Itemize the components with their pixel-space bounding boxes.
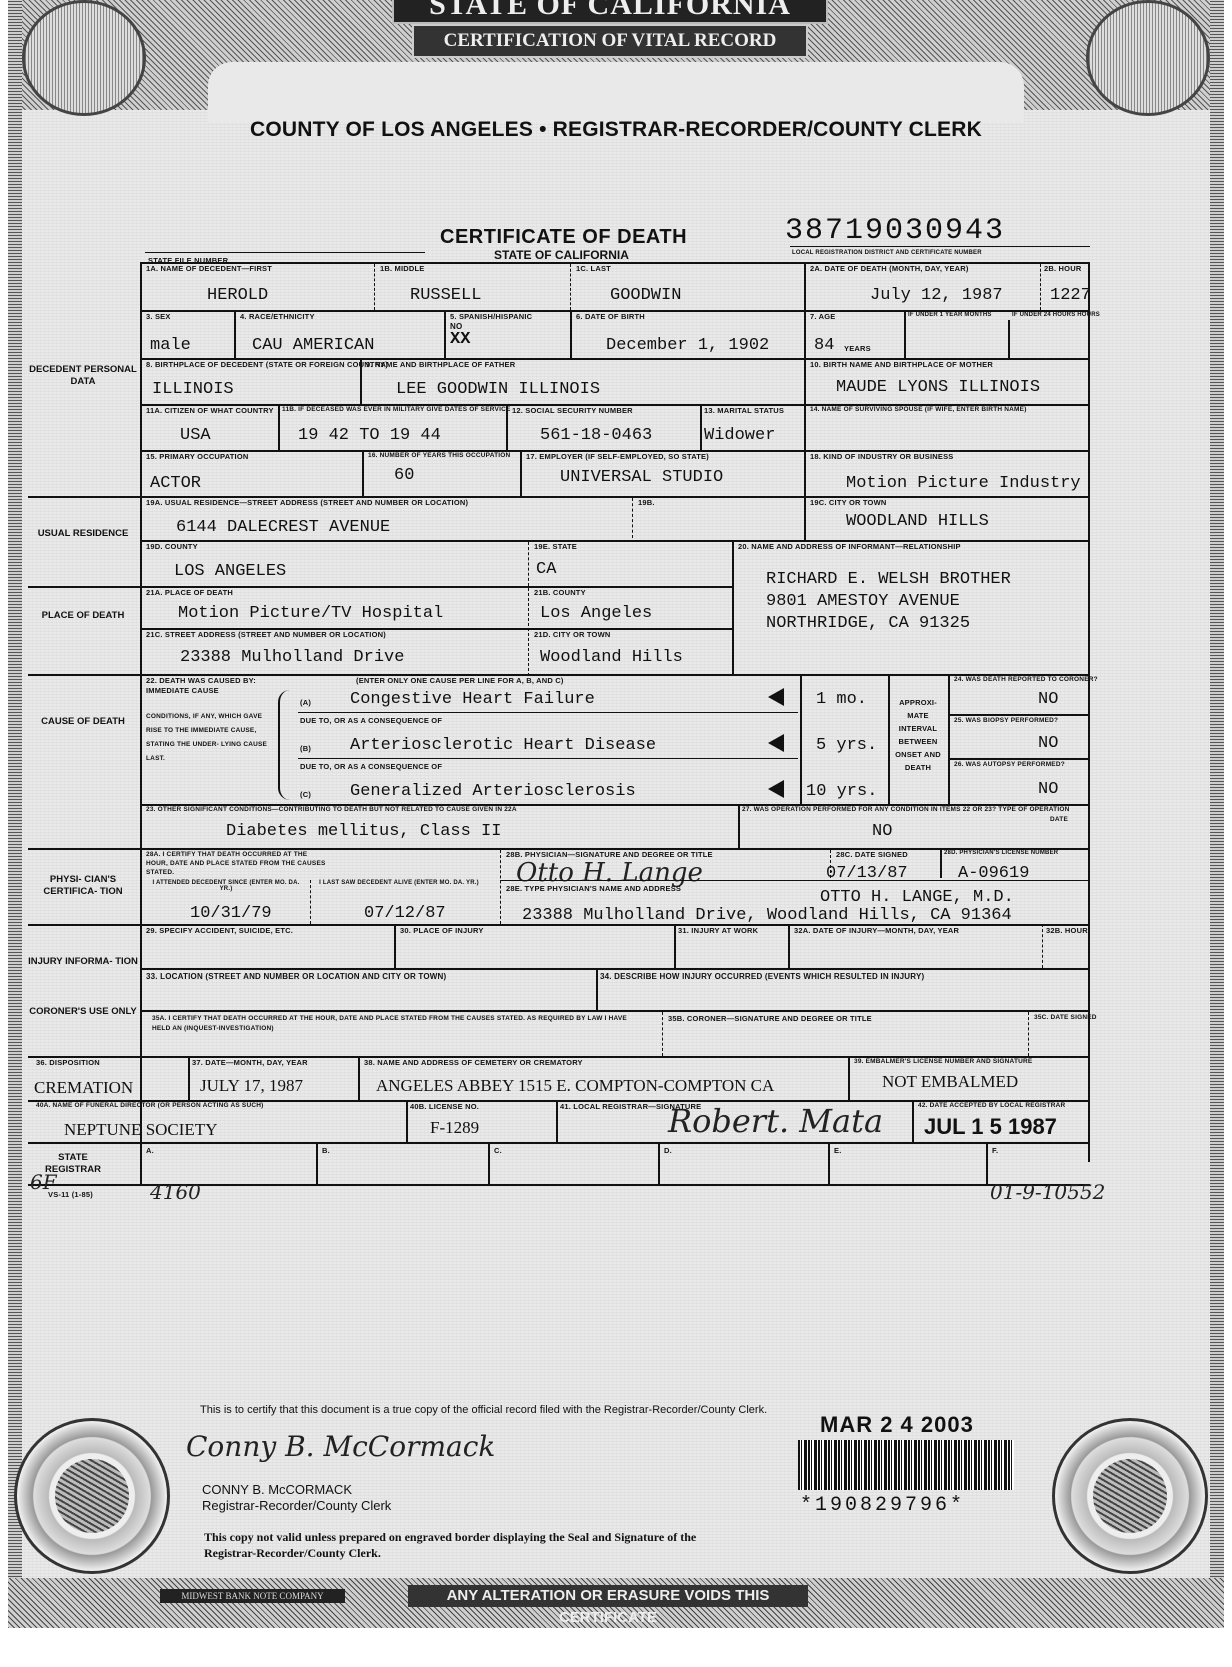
informant-street-value: 9801 AMESTOY AVENUE	[766, 592, 960, 611]
rule-line	[520, 450, 522, 496]
interval-a-value: 1 mo.	[816, 690, 867, 709]
rule-line	[28, 586, 732, 588]
field-label: 36. DISPOSITION	[36, 1058, 100, 1067]
field-label: 40A. NAME OF FUNERAL DIRECTOR (OR PERSON…	[36, 1102, 264, 1109]
engraved-border-left	[8, 0, 22, 1628]
clerk-name: CONNY B. McCORMACK	[202, 1482, 352, 1497]
death-city-value: Woodland Hills	[540, 648, 683, 667]
field-label: 19A. USUAL RESIDENCE—STREET ADDRESS (STR…	[146, 498, 468, 507]
field-label: 40B. LICENSE NO.	[410, 1102, 479, 1111]
field-label: 39. EMBALMER'S LICENSE NUMBER AND SIGNAT…	[854, 1058, 1032, 1065]
field-label: 32B. HOUR	[1046, 926, 1088, 935]
field-label: 34. DESCRIBE HOW INJURY OCCURRED (EVENTS…	[600, 972, 924, 981]
certification-statement: This is to certify that this document is…	[200, 1404, 767, 1416]
handwritten-form-note: 4160	[150, 1180, 201, 1204]
race-value: CAU AMERICAN	[252, 336, 374, 355]
field-label: 20. NAME AND ADDRESS OF INFORMANT—RELATI…	[738, 542, 961, 551]
other-conditions-value: Diabetes mellitus, Class II	[226, 822, 501, 841]
arrow-left-icon	[768, 734, 784, 752]
rule-line	[1008, 320, 1010, 358]
years-occupation-value: 60	[394, 466, 414, 485]
field-label: 17. EMPLOYER (IF SELF-EMPLOYED, SO STATE…	[526, 452, 709, 461]
rule-line	[140, 968, 1090, 970]
field-label: 42. DATE ACCEPTED BY LOCAL REGISTRAR	[918, 1102, 1065, 1109]
date-of-death: July 12, 1987	[870, 286, 1003, 305]
field-label: D.	[664, 1146, 672, 1155]
rule-line	[804, 450, 806, 496]
field-label: 11A. CITIZEN OF WHAT COUNTRY	[146, 406, 274, 415]
field-label: 8. BIRTHPLACE OF DECEDENT (STATE OR FORE…	[146, 360, 388, 369]
rule-line	[700, 404, 702, 450]
corner-ornament-right-icon	[1086, 0, 1210, 116]
rule-line	[804, 404, 806, 450]
field-label: 11B. IF DECEASED WAS EVER IN MILITARY GI…	[282, 406, 511, 413]
rule-line	[506, 404, 508, 450]
field-label: DATE	[1050, 816, 1068, 823]
rule-line	[788, 924, 790, 968]
rule-line	[488, 1142, 490, 1184]
rule-line	[986, 1142, 988, 1184]
birthplace-value: ILLINOIS	[152, 380, 234, 399]
interval-b-value: 5 yrs.	[816, 736, 877, 755]
residence-city-value: WOODLAND HILLS	[846, 512, 989, 531]
death-county-value: Los Angeles	[540, 604, 652, 623]
alteration-warning: ANY ALTERATION OR ERASURE VOIDS THIS CER…	[408, 1585, 808, 1607]
rule-line	[732, 540, 734, 676]
cause-b-value: Arteriosclerotic Heart Disease	[350, 736, 656, 755]
barcode-icon	[798, 1440, 1014, 1490]
arrow-left-icon	[768, 780, 784, 798]
local-registrar-signature: Robert. Mata	[668, 1102, 883, 1140]
field-label: 32A. DATE OF INJURY—MONTH, DAY, YEAR	[794, 926, 959, 935]
mother-value: MAUDE LYONS ILLINOIS	[836, 378, 1040, 397]
clerk-title: Registrar-Recorder/County Clerk	[202, 1498, 391, 1513]
field-label: 19E. STATE	[534, 542, 577, 551]
field-label: 27. WAS OPERATION PERFORMED FOR ANY COND…	[742, 806, 1069, 813]
rule-line	[528, 542, 529, 586]
field-label: 28A. I CERTIFY THAT DEATH OCCURRED AT TH…	[146, 850, 326, 877]
field-label: APPROXI- MATE INTERVAL BETWEEN ONSET AND…	[890, 696, 946, 774]
field-label: (C)	[300, 790, 311, 799]
physician-address-value: 23388 Mulholland Drive, Woodland Hills, …	[522, 906, 1012, 925]
operation-value: NO	[872, 822, 892, 841]
corner-ornament-left-icon	[22, 0, 146, 116]
handwritten-margin-note: 6F	[30, 1170, 57, 1194]
field-label: 21C. STREET ADDRESS (STREET AND NUMBER O…	[146, 630, 386, 639]
field-label: 10. BIRTH NAME AND BIRTHPLACE OF MOTHER	[810, 360, 993, 369]
sex-value: male	[150, 336, 191, 355]
field-label: 38. NAME AND ADDRESS OF CEMETERY OR CREM…	[364, 1058, 583, 1067]
rule-line	[28, 496, 140, 498]
residence-county-value: LOS ANGELES	[174, 562, 286, 581]
field-label: 23. OTHER SIGNIFICANT CONDITIONS—CONTRIB…	[146, 806, 517, 813]
county-header: COUNTY OF LOS ANGELES • REGISTRAR-RECORD…	[0, 118, 1232, 142]
field-label: 21B. COUNTY	[534, 588, 586, 597]
rule-line	[662, 1012, 663, 1056]
field-label: 35A. I CERTIFY THAT DEATH OCCURRED AT TH…	[152, 1014, 642, 1034]
rule-line	[316, 1142, 318, 1184]
rule-line	[848, 1056, 850, 1100]
rule-line	[140, 1142, 142, 1184]
rule-line	[804, 496, 806, 540]
rule-line	[278, 404, 280, 450]
age-value: 84	[814, 336, 834, 355]
field-label: 30. PLACE OF INJURY	[400, 926, 484, 935]
handwritten-reference-number: 01-9-10552	[990, 1180, 1105, 1204]
marital-status-value: Widower	[704, 426, 775, 445]
field-label: 12. SOCIAL SECURITY NUMBER	[512, 406, 633, 415]
funeral-license-value: F-1289	[430, 1118, 479, 1138]
rule-line	[310, 880, 311, 924]
field-label: 18. KIND OF INDUSTRY OR BUSINESS	[810, 452, 954, 461]
interval-c-value: 10 yrs.	[806, 782, 877, 801]
rule-line	[528, 588, 529, 676]
rule-line	[596, 968, 598, 1010]
rule-line	[394, 924, 396, 968]
rule-line	[406, 1100, 408, 1142]
field-label: 29. SPECIFY ACCIDENT, SUICIDE, ETC.	[146, 926, 293, 935]
rule-line	[358, 1056, 360, 1100]
field-label: A.	[146, 1146, 154, 1155]
decedent-last-name: GOODWIN	[610, 286, 681, 305]
field-label: I LAST SAW DECEDENT ALIVE (ENTER MO. DA.…	[314, 880, 484, 886]
local-reg-label: LOCAL REGISTRATION DISTRICT AND CERTIFIC…	[792, 250, 982, 256]
death-street-value: 23388 Mulholland Drive	[180, 648, 404, 667]
field-label: 2A. DATE OF DEATH (MONTH, DAY, YEAR)	[810, 264, 969, 273]
validity-note-line-1: This copy not valid unless prepared on e…	[204, 1530, 696, 1545]
funeral-director-value: NEPTUNE SOCIETY	[64, 1120, 217, 1140]
military-service-value: 19 42 TO 19 44	[298, 426, 441, 445]
engraved-border-right	[1210, 0, 1224, 1628]
certificate-number: 38719030943	[785, 214, 1005, 248]
rule-line	[658, 1142, 660, 1184]
field-label: 6. DATE OF BIRTH	[576, 312, 645, 321]
decedent-first-name: HEROLD	[207, 286, 268, 305]
field-label: 1C. LAST	[576, 264, 611, 273]
field-label: 21A. PLACE OF DEATH	[146, 588, 233, 597]
rule-line	[188, 1056, 190, 1100]
field-label: 22. DEATH WAS CAUSED BY:	[146, 676, 256, 685]
attended-since-value: 10/31/79	[190, 904, 272, 923]
embalmer-value: NOT EMBALMED	[882, 1072, 1018, 1092]
section-decedent-personal-data: DECEDENT PERSONAL DATA	[28, 364, 138, 388]
residence-state-value: CA	[536, 560, 556, 579]
certificate-subtitle: STATE OF CALIFORNIA	[494, 248, 629, 262]
field-label: 15. PRIMARY OCCUPATION	[146, 452, 248, 461]
industry-value: Motion Picture Industry	[846, 474, 1081, 493]
field-label: 25. WAS BIOPSY PERFORMED?	[954, 717, 1058, 724]
physician-name-value: OTTO H. LANGE, M.D.	[820, 888, 1014, 907]
cause-c-value: Generalized Arteriosclerosis	[350, 782, 636, 801]
field-label: 28C. DATE SIGNED	[836, 850, 908, 859]
rule-line	[362, 450, 364, 496]
field-label: 19D. COUNTY	[146, 542, 198, 551]
rule-line	[298, 712, 798, 713]
field-label: 4. RACE/ETHNICITY	[240, 312, 315, 321]
ssn-value: 561-18-0463	[540, 426, 652, 445]
rule-line	[374, 264, 375, 310]
rule-line	[500, 880, 1090, 881]
field-label: 35B. CORONER—SIGNATURE AND DEGREE OR TIT…	[668, 1014, 872, 1023]
county-seal-icon	[1052, 1418, 1208, 1574]
section-coroner-use-only: CORONER'S USE ONLY	[28, 1006, 138, 1018]
field-label: 21D. CITY OR TOWN	[534, 630, 610, 639]
rule-line	[800, 674, 802, 804]
conditions-brace	[278, 690, 294, 800]
rule-line	[904, 310, 906, 358]
section-cause-of-death: CAUSE OF DEATH	[28, 716, 138, 728]
rule-line	[1040, 264, 1041, 310]
rule-line	[1028, 1012, 1029, 1056]
rule-line	[632, 498, 633, 538]
clerk-signature: Conny B. McCormack	[186, 1430, 495, 1463]
field-label: 1B. MIDDLE	[380, 264, 425, 273]
last-saw-alive-value: 07/12/87	[364, 904, 446, 923]
field-label: (A)	[300, 698, 311, 707]
field-label: F.	[992, 1146, 998, 1155]
field-label: 13. MARITAL STATUS	[704, 406, 784, 415]
place-of-death-value: Motion Picture/TV Hospital	[178, 604, 443, 623]
rule-line	[570, 310, 572, 358]
field-label: 7. AGE	[810, 312, 836, 321]
section-place-of-death: PLACE OF DEATH	[28, 610, 138, 622]
field-label: DUE TO, OR AS A CONSEQUENCE OF	[300, 716, 442, 725]
state-seal-icon	[14, 1418, 170, 1574]
rule-line	[790, 246, 1090, 247]
field-label: 28E. TYPE PHYSICIAN'S NAME AND ADDRESS	[506, 884, 681, 893]
field-label: IMMEDIATE CAUSE	[146, 686, 219, 695]
barcode-number: *190829796*	[800, 1494, 965, 1517]
field-label: I ATTENDED DECEDENT SINCE (ENTER MO. DA.…	[146, 880, 306, 892]
rule-line	[828, 1142, 830, 1184]
issue-date-stamp: MAR 2 4 2003	[820, 1412, 974, 1438]
field-label: 5. SPANISH/HISPANIC	[450, 312, 532, 321]
state-banner: STATE OF CALIFORNIA	[392, 0, 828, 24]
field-label: 9. NAME AND BIRTHPLACE OF FATHER	[366, 360, 515, 369]
date-accepted-stamp: JUL 1 5 1987	[924, 1114, 1057, 1140]
rule-line	[500, 850, 501, 924]
arrow-left-icon	[768, 688, 784, 706]
rule-line	[948, 714, 1090, 716]
rule-line	[912, 1100, 914, 1142]
field-label: DUE TO, OR AS A CONSEQUENCE OF	[300, 762, 442, 771]
rule-line	[1042, 924, 1043, 968]
rule-line	[940, 850, 942, 878]
rule-line	[738, 804, 740, 848]
informant-name-value: RICHARD E. WELSH BROTHER	[766, 570, 1011, 589]
field-label: 35C. DATE SIGNED	[1034, 1014, 1097, 1021]
rule-line	[948, 674, 950, 804]
field-label: (ENTER ONLY ONE CAUSE PER LINE FOR A, B,…	[356, 676, 564, 685]
occupation-value: ACTOR	[150, 474, 201, 493]
field-label: C.	[494, 1146, 502, 1155]
field-label: 33. LOCATION (STREET AND NUMBER OR LOCAT…	[146, 972, 446, 981]
employer-value: UNIVERSAL STUDIO	[560, 468, 723, 487]
rule-line	[804, 262, 806, 410]
certificate-title: CERTIFICATE OF DEATH	[440, 226, 687, 249]
decedent-middle-name: RUSSELL	[410, 286, 481, 305]
hispanic-checkmark: XX	[450, 330, 470, 349]
field-label: CONDITIONS, IF ANY, WHICH GAVE RISE TO T…	[146, 710, 268, 766]
section-injury-information: INJURY INFORMA- TION	[28, 956, 138, 968]
section-usual-residence: USUAL RESIDENCE	[28, 528, 138, 540]
field-label: 26. WAS AUTOPSY PERFORMED?	[954, 761, 1065, 768]
field-label: 14. NAME OF SURVIVING SPOUSE (IF WIFE, E…	[810, 406, 1027, 413]
rule-line	[948, 758, 1090, 760]
rule-line	[674, 924, 676, 968]
rule-line	[570, 264, 571, 310]
rule-line	[145, 252, 425, 253]
autopsy-value: NO	[1038, 780, 1058, 799]
residence-street-value: 6144 DALECREST AVENUE	[176, 518, 390, 537]
rule-line	[140, 1010, 1090, 1012]
father-value: LEE GOODWIN ILLINOIS	[396, 380, 600, 399]
field-label: 2B. HOUR	[1044, 264, 1081, 273]
field-label: B.	[322, 1146, 330, 1155]
field-label: 28D. PHYSICIAN'S LICENSE NUMBER	[944, 850, 1058, 856]
disposition-date-value: JULY 17, 1987	[200, 1076, 303, 1096]
cause-a-value: Congestive Heart Failure	[350, 690, 595, 709]
citizen-value: USA	[180, 426, 211, 445]
rule-line	[444, 310, 446, 358]
validity-note-line-2: Registrar-Recorder/County Clerk.	[204, 1546, 381, 1561]
certification-banner: CERTIFICATION OF VITAL RECORD	[412, 24, 808, 58]
field-label: IF UNDER 1 YEAR MONTHS	[908, 312, 992, 318]
rule-line	[360, 358, 362, 404]
disposition-value: CREMATION	[34, 1078, 133, 1098]
rule-line	[140, 262, 142, 1162]
field-label: E.	[834, 1146, 842, 1155]
rule-line	[298, 758, 798, 759]
cemetery-value: ANGELES ABBEY 1515 E. COMPTON-COMPTON CA	[376, 1076, 774, 1096]
rule-line	[234, 310, 236, 358]
date-of-birth: December 1, 1902	[606, 336, 769, 355]
field-label: 19C. CITY OR TOWN	[810, 498, 886, 507]
biopsy-value: NO	[1038, 734, 1058, 753]
printer-name: MIDWEST BANK NOTE COMPANY	[160, 1589, 345, 1603]
hour-of-death: 1227	[1050, 286, 1091, 305]
field-label: 37. DATE—MONTH, DAY, YEAR	[192, 1058, 308, 1067]
field-label: 16. NUMBER OF YEARS THIS OCCUPATION	[368, 452, 510, 459]
rule-line	[556, 1100, 558, 1142]
rule-line	[1088, 262, 1090, 1162]
field-label: 3. SEX	[146, 312, 171, 321]
field-label: YEARS	[844, 344, 871, 353]
field-label: 19B.	[638, 498, 655, 507]
rule-line	[28, 1142, 1090, 1144]
field-label: 24. WAS DEATH REPORTED TO CORONER?	[954, 676, 1098, 683]
field-label: 31. INJURY AT WORK	[678, 926, 758, 935]
coroner-reported-value: NO	[1038, 690, 1058, 709]
field-label: IF UNDER 24 HOURS HOURS	[1012, 312, 1100, 318]
informant-city-value: NORTHRIDGE, CA 91325	[766, 614, 970, 633]
section-physician-certification: PHYSI- CIAN'S CERTIFICA- TION	[28, 874, 138, 898]
field-label: 1A. NAME OF DECEDENT—FIRST	[146, 264, 272, 273]
field-label: (B)	[300, 744, 311, 753]
